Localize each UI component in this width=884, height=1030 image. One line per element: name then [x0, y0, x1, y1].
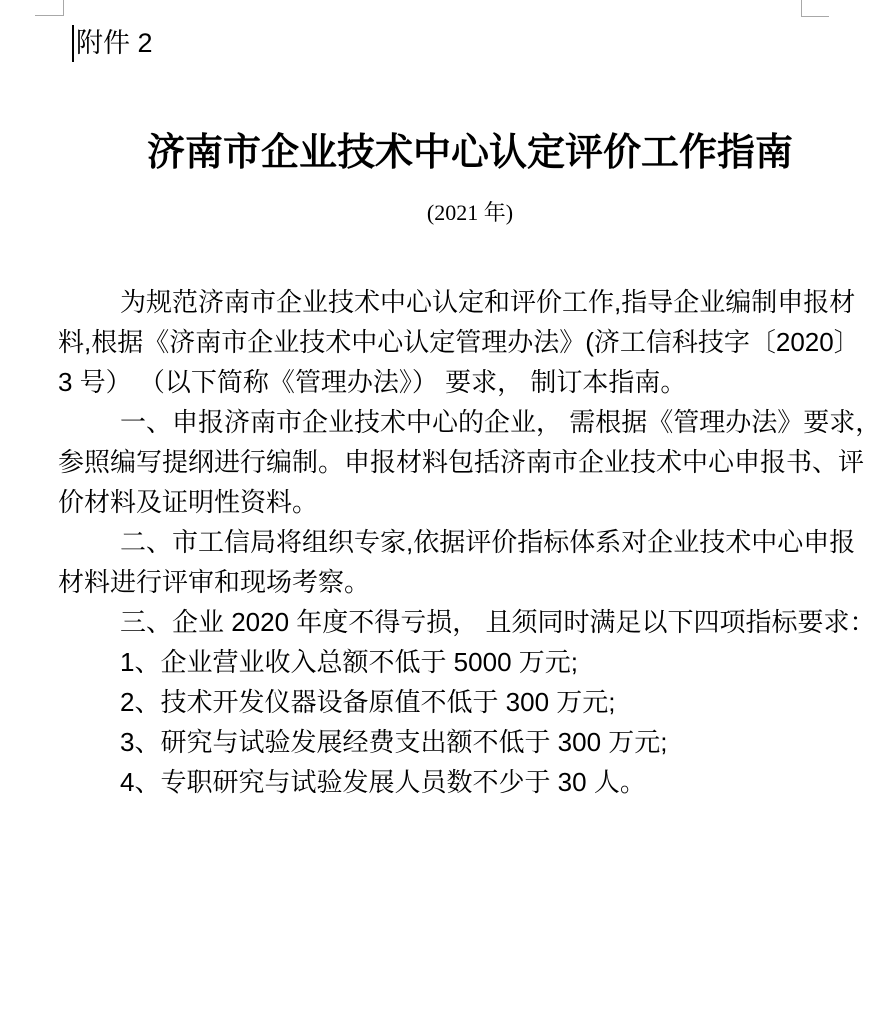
attachment-label[interactable]: 附件 2 [76, 24, 153, 62]
body-line[interactable]: 参照编写提纲进行编制。申报材料包括济南市企业技术中心申报书、评 [58, 442, 870, 482]
body-line[interactable]: 价材料及证明性资料。 [58, 482, 870, 522]
margin-crop-mark-top-left-horizontal [35, 15, 64, 16]
document-title[interactable]: 济南市企业技术中心认定评价工作指南 [60, 130, 880, 176]
margin-crop-mark-top-right-vertical [801, 0, 802, 17]
body-line[interactable]: 二、市工信局将组织专家,依据评价指标体系对企业技术中心申报 [58, 522, 870, 562]
body-line[interactable]: 料,根据《济南市企业技术中心认定管理办法》(济工信科技字〔2020〕 [58, 322, 870, 362]
body-line[interactable]: 为规范济南市企业技术中心认定和评价工作,指导企业编制申报材 [58, 282, 870, 322]
body-line[interactable]: 1、企业营业收入总额不低于 5000 万元; [58, 642, 870, 682]
body-line[interactable]: 4、专职研究与试验发展人员数不少于 30 人。 [58, 762, 870, 802]
body-line[interactable]: 3 号） （以下简称《管理办法》） 要求， 制订本指南。 [58, 362, 870, 402]
document-page[interactable]: 附件 2 济南市企业技术中心认定评价工作指南 (2021 年) 为规范济南市企业… [0, 0, 884, 1030]
body-line[interactable]: 材料进行评审和现场考察。 [58, 562, 870, 602]
margin-crop-mark-top-left-vertical [63, 0, 64, 16]
body-line[interactable]: 三、企业 2020 年度不得亏损， 且须同时满足以下四项指标要求： [58, 602, 870, 642]
body-line[interactable]: 2、技术开发仪器设备原值不低于 300 万元; [58, 682, 870, 722]
margin-crop-mark-top-right-horizontal [801, 16, 829, 17]
document-body[interactable]: 为规范济南市企业技术中心认定和评价工作,指导企业编制申报材料,根据《济南市企业技… [58, 282, 870, 802]
document-subtitle[interactable]: (2021 年) [60, 198, 880, 228]
body-line[interactable]: 3、研究与试验发展经费支出额不低于 300 万元; [58, 722, 870, 762]
body-line[interactable]: 一、申报济南市企业技术中心的企业， 需根据《管理办法》要求， [58, 402, 870, 442]
text-cursor-caret [72, 25, 74, 62]
